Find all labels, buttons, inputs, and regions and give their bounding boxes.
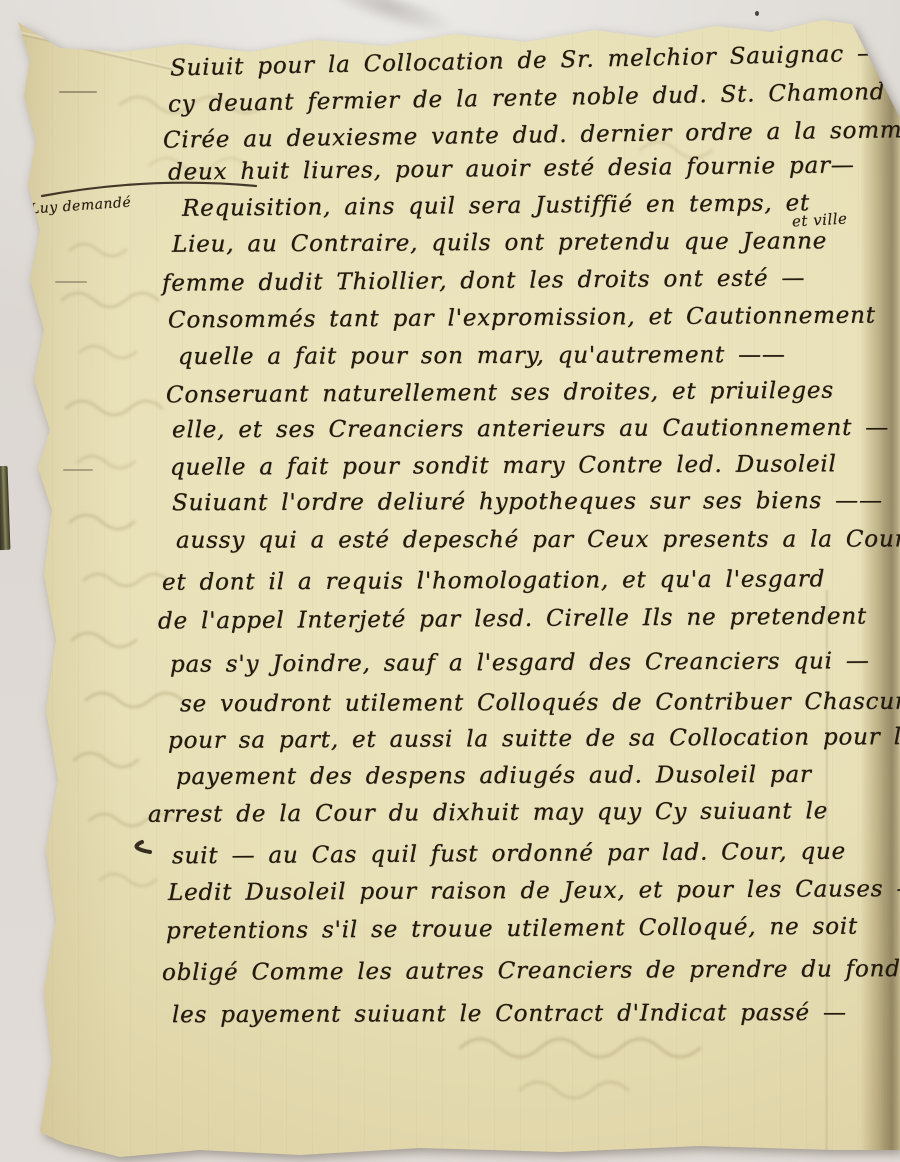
manuscript-line: elle, et ses Creanciers anterieurs au Ca… (172, 415, 889, 444)
manuscript-line: Consommés tant par l'expromission, et Ca… (168, 303, 876, 334)
manuscript-line: de l'appel Interjeté par lesd. Cirelle I… (158, 604, 867, 635)
manuscript-line: quelle a fait pour sondit mary Contre le… (170, 451, 837, 480)
curled-right-edge (860, 18, 900, 1158)
manuscript-line: se voudront utilement Colloqués de Contr… (180, 689, 900, 718)
manuscript-line: aussy qui a esté depesché par Ceux prese… (176, 526, 900, 553)
manuscript-line: Requisition, ains quil sera Justiffié en… (182, 190, 810, 221)
manuscript-line: payement des despens adiugés aud. Dusole… (176, 762, 812, 790)
manuscript-line: quelle a fait pour son mary, qu'autremen… (178, 342, 786, 370)
manuscript-line: les payement suiuant le Contract d'Indic… (172, 1000, 847, 1028)
manuscript-sheet-wrap: Suiuit pour la Collocation de Sr. melchi… (0, 0, 900, 1162)
manuscript-line: Ledit Dusoleil pour raison de Jeux, et p… (168, 876, 900, 906)
manuscript-line: pretentions s'il se trouue utilement Col… (166, 914, 858, 945)
manuscript-page: Suiuit pour la Collocation de Sr. melchi… (0, 0, 900, 1162)
manuscript-line: et dont il a requis l'homologation, et q… (162, 566, 825, 595)
manuscript-line: pour sa part, et aussi la suitte de sa C… (168, 724, 900, 754)
manuscript-line: Lieu, au Contraire, quils ont pretendu q… (172, 228, 827, 257)
manuscript-line: suit — au Cas quil fust ordonné par lad.… (172, 839, 846, 870)
manuscript-line: pas s'y Joindre, sauf a l'esgard des Cre… (170, 648, 870, 678)
manuscript-line: Suiuant l'ordre deliuré hypotheques sur … (172, 488, 883, 516)
manuscript-line: arrest de la Cour du dixhuit may quy Cy … (148, 798, 828, 828)
manuscript-line: obligé Comme les autres Creanciers de pr… (162, 956, 900, 986)
manuscript-line: Conseruant naturellement ses droites, et… (166, 378, 834, 409)
interline-insertion-note: et ville (792, 210, 848, 231)
